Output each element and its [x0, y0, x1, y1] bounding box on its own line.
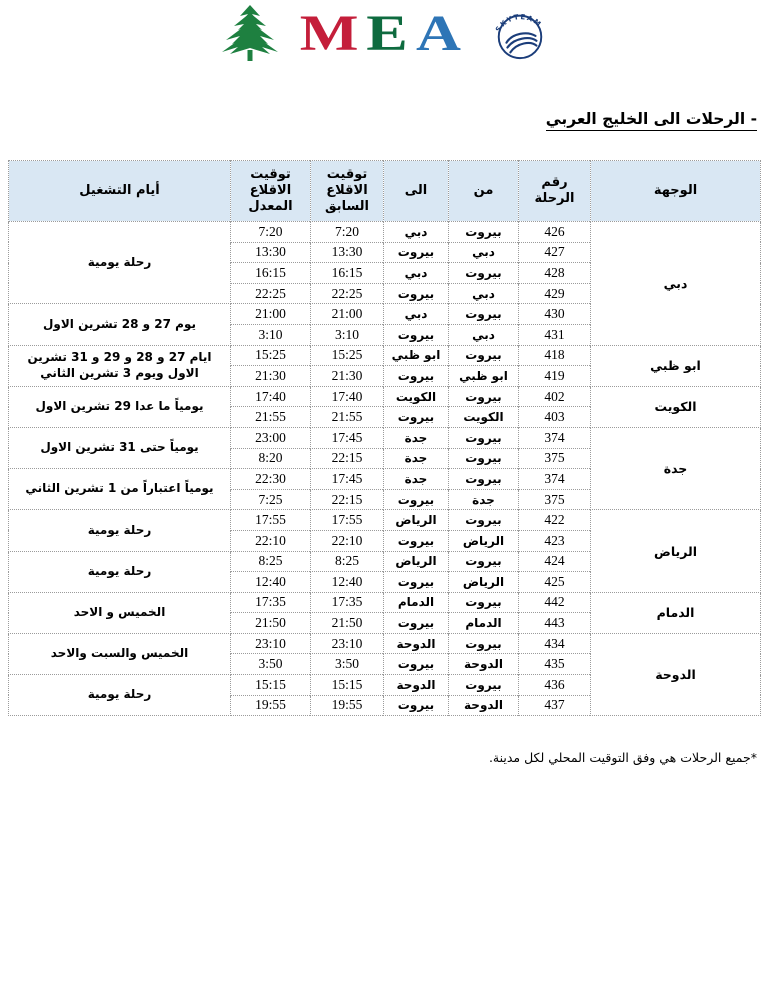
new-time-cell: 19:55	[231, 695, 311, 716]
from-cell: دبي	[449, 324, 519, 345]
from-cell: بيروت	[449, 304, 519, 325]
flight-row: ابو ظبي418بيروتابو ظبي15:2515:25ايام 27 …	[9, 345, 761, 366]
from-cell: دبي	[449, 242, 519, 263]
to-cell: دبي	[384, 263, 449, 284]
new-time-cell: 21:55	[231, 407, 311, 428]
days-cell: الخميس والسبت والاحد	[9, 633, 231, 674]
destination-cell: الدمام	[591, 592, 761, 633]
schedule-table-body: دبي426بيروتدبي7:207:20رحلة يومية427دبيبي…	[9, 222, 761, 716]
flight-number-cell: 434	[519, 633, 591, 654]
previous-time-cell: 12:40	[311, 572, 384, 593]
from-cell: الدوحة	[449, 695, 519, 716]
header-from: من	[449, 161, 519, 222]
previous-time-cell: 23:10	[311, 633, 384, 654]
previous-time-cell: 15:15	[311, 675, 384, 696]
days-cell: رحلة يومية	[9, 222, 231, 304]
flight-number-cell: 424	[519, 551, 591, 572]
previous-time-cell: 22:15	[311, 489, 384, 510]
days-cell: الخميس و الاحد	[9, 592, 231, 633]
to-cell: دبي	[384, 222, 449, 243]
from-cell: بيروت	[449, 345, 519, 366]
flight-number-cell: 422	[519, 510, 591, 531]
previous-time-cell: 17:45	[311, 427, 384, 448]
new-time-cell: 8:20	[231, 448, 311, 469]
flight-number-cell: 423	[519, 530, 591, 551]
from-cell: بيروت	[449, 222, 519, 243]
from-cell: بيروت	[449, 427, 519, 448]
new-time-cell: 21:00	[231, 304, 311, 325]
cedar-tree-icon	[219, 4, 281, 62]
new-time-cell: 7:25	[231, 489, 311, 510]
table-header: الوجهة رقم الرحلة من الى توقيت الاقلاع ا…	[9, 161, 761, 222]
flight-row: الرياض422بيروتالرياض17:5517:55رحلة يومية	[9, 510, 761, 531]
from-cell: بيروت	[449, 633, 519, 654]
mea-wordmark: M E A	[297, 4, 464, 62]
to-cell: بيروت	[384, 242, 449, 263]
to-cell: بيروت	[384, 695, 449, 716]
new-time-cell: 17:40	[231, 386, 311, 407]
to-cell: بيروت	[384, 366, 449, 387]
header-flight-number: رقم الرحلة	[519, 161, 591, 222]
flight-row: الكويت402بيروتالكويت17:4017:40يومياً ما …	[9, 386, 761, 407]
skyteam-label: SKYTEAM	[494, 13, 543, 34]
flight-row: الدوحة434بيروتالدوحة23:1023:10الخميس وال…	[9, 633, 761, 654]
from-cell: الكويت	[449, 407, 519, 428]
header-to: الى	[384, 161, 449, 222]
from-cell: جدة	[449, 489, 519, 510]
flight-number-cell: 419	[519, 366, 591, 387]
header-days: أيام التشغيل	[9, 161, 231, 222]
new-time-cell: 22:25	[231, 283, 311, 304]
from-cell: الدوحة	[449, 654, 519, 675]
new-time-cell: 23:00	[231, 427, 311, 448]
previous-time-cell: 3:10	[311, 324, 384, 345]
previous-time-cell: 17:45	[311, 469, 384, 490]
logo-row: M E A SKYTEAM	[0, 4, 768, 62]
from-cell: الدمام	[449, 613, 519, 634]
flight-number-cell: 442	[519, 592, 591, 613]
footnote: *جميع الرحلات هي وفق التوقيت المحلي لكل …	[489, 750, 757, 765]
flight-number-cell: 374	[519, 427, 591, 448]
days-cell: يوم 27 و 28 تشرين الاول	[9, 304, 231, 345]
mea-letter: A	[416, 9, 461, 60]
mea-letter: E	[366, 9, 408, 60]
new-time-cell: 21:30	[231, 366, 311, 387]
previous-time-cell: 22:25	[311, 283, 384, 304]
flight-number-cell: 435	[519, 654, 591, 675]
previous-time-cell: 16:15	[311, 263, 384, 284]
flight-number-cell: 427	[519, 242, 591, 263]
from-cell: الرياض	[449, 530, 519, 551]
new-time-cell: 22:10	[231, 530, 311, 551]
header-new-time: توقيت الاقلاع المعدل	[231, 161, 311, 222]
previous-time-cell: 3:50	[311, 654, 384, 675]
days-cell: رحلة يومية	[9, 551, 231, 592]
from-cell: بيروت	[449, 551, 519, 572]
to-cell: الرياض	[384, 551, 449, 572]
new-time-cell: 22:30	[231, 469, 311, 490]
previous-time-cell: 13:30	[311, 242, 384, 263]
to-cell: بيروت	[384, 530, 449, 551]
header-previous-time: توقيت الاقلاع السابق	[311, 161, 384, 222]
new-time-cell: 12:40	[231, 572, 311, 593]
new-time-cell: 21:50	[231, 613, 311, 634]
flight-number-cell: 426	[519, 222, 591, 243]
from-cell: بيروت	[449, 386, 519, 407]
days-cell: رحلة يومية	[9, 675, 231, 716]
to-cell: بيروت	[384, 283, 449, 304]
page-title: - الرحلات الى الخليج العربي	[546, 110, 757, 131]
previous-time-cell: 7:20	[311, 222, 384, 243]
new-time-cell: 17:55	[231, 510, 311, 531]
new-time-cell: 17:35	[231, 592, 311, 613]
destination-cell: الكويت	[591, 386, 761, 427]
destination-cell: دبي	[591, 222, 761, 346]
new-time-cell: 8:25	[231, 551, 311, 572]
from-cell: الرياض	[449, 572, 519, 593]
skyteam-logo: SKYTEAM	[491, 4, 549, 62]
previous-time-cell: 21:50	[311, 613, 384, 634]
flight-number-cell: 431	[519, 324, 591, 345]
from-cell: ابو ظبي	[449, 366, 519, 387]
destination-cell: الدوحة	[591, 633, 761, 715]
previous-time-cell: 8:25	[311, 551, 384, 572]
from-cell: بيروت	[449, 469, 519, 490]
to-cell: بيروت	[384, 572, 449, 593]
days-cell: رحلة يومية	[9, 510, 231, 551]
from-cell: بيروت	[449, 675, 519, 696]
to-cell: جدة	[384, 427, 449, 448]
to-cell: جدة	[384, 469, 449, 490]
flight-number-cell: 430	[519, 304, 591, 325]
from-cell: بيروت	[449, 263, 519, 284]
from-cell: بيروت	[449, 592, 519, 613]
destination-cell: جدة	[591, 427, 761, 509]
mea-letter: M	[300, 9, 359, 60]
to-cell: بيروت	[384, 407, 449, 428]
svg-text:SKYTEAM: SKYTEAM	[494, 13, 543, 34]
flight-number-cell: 425	[519, 572, 591, 593]
new-time-cell: 23:10	[231, 633, 311, 654]
days-cell: يومياً ما عدا 29 تشرين الاول	[9, 386, 231, 427]
from-cell: بيروت	[449, 510, 519, 531]
previous-time-cell: 19:55	[311, 695, 384, 716]
to-cell: الدوحة	[384, 675, 449, 696]
to-cell: بيروت	[384, 654, 449, 675]
flight-schedule-table: الوجهة رقم الرحلة من الى توقيت الاقلاع ا…	[8, 160, 761, 716]
flight-row: جدة374بيروتجدة17:4523:00يومياً حتى 31 تش…	[9, 427, 761, 448]
to-cell: بيروت	[384, 489, 449, 510]
new-time-cell: 7:20	[231, 222, 311, 243]
flight-number-cell: 436	[519, 675, 591, 696]
previous-time-cell: 21:00	[311, 304, 384, 325]
flight-number-cell: 375	[519, 489, 591, 510]
new-time-cell: 3:10	[231, 324, 311, 345]
flight-row: الدمام442بيروتالدمام17:3517:35الخميس و ا…	[9, 592, 761, 613]
new-time-cell: 15:15	[231, 675, 311, 696]
previous-time-cell: 17:55	[311, 510, 384, 531]
new-time-cell: 16:15	[231, 263, 311, 284]
flight-number-cell: 374	[519, 469, 591, 490]
previous-time-cell: 17:40	[311, 386, 384, 407]
new-time-cell: 3:50	[231, 654, 311, 675]
header-row: الوجهة رقم الرحلة من الى توقيت الاقلاع ا…	[9, 161, 761, 222]
flight-number-cell: 429	[519, 283, 591, 304]
to-cell: الدمام	[384, 592, 449, 613]
to-cell: الدوحة	[384, 633, 449, 654]
flight-number-cell: 402	[519, 386, 591, 407]
flight-number-cell: 437	[519, 695, 591, 716]
previous-time-cell: 22:15	[311, 448, 384, 469]
flight-number-cell: 418	[519, 345, 591, 366]
flight-number-cell: 375	[519, 448, 591, 469]
previous-time-cell: 21:30	[311, 366, 384, 387]
to-cell: جدة	[384, 448, 449, 469]
to-cell: بيروت	[384, 324, 449, 345]
previous-time-cell: 22:10	[311, 530, 384, 551]
from-cell: دبي	[449, 283, 519, 304]
to-cell: الكويت	[384, 386, 449, 407]
from-cell: بيروت	[449, 448, 519, 469]
new-time-cell: 15:25	[231, 345, 311, 366]
flight-number-cell: 443	[519, 613, 591, 634]
previous-time-cell: 15:25	[311, 345, 384, 366]
flight-row: دبي426بيروتدبي7:207:20رحلة يومية	[9, 222, 761, 243]
destination-cell: ابو ظبي	[591, 345, 761, 386]
to-cell: الرياض	[384, 510, 449, 531]
destination-cell: الرياض	[591, 510, 761, 592]
days-cell: يومياً اعتباراً من 1 تشرين الثاني	[9, 469, 231, 510]
days-cell: يومياً حتى 31 تشرين الاول	[9, 427, 231, 468]
new-time-cell: 13:30	[231, 242, 311, 263]
to-cell: دبي	[384, 304, 449, 325]
flight-number-cell: 403	[519, 407, 591, 428]
previous-time-cell: 17:35	[311, 592, 384, 613]
previous-time-cell: 21:55	[311, 407, 384, 428]
page: { "page": { "title": "- الرحلات الى الخل…	[0, 0, 768, 996]
flight-number-cell: 428	[519, 263, 591, 284]
to-cell: بيروت	[384, 613, 449, 634]
header-destination: الوجهة	[591, 161, 761, 222]
to-cell: ابو ظبي	[384, 345, 449, 366]
days-cell: ايام 27 و 28 و 29 و 31 تشرين الاول ويوم …	[9, 345, 231, 386]
